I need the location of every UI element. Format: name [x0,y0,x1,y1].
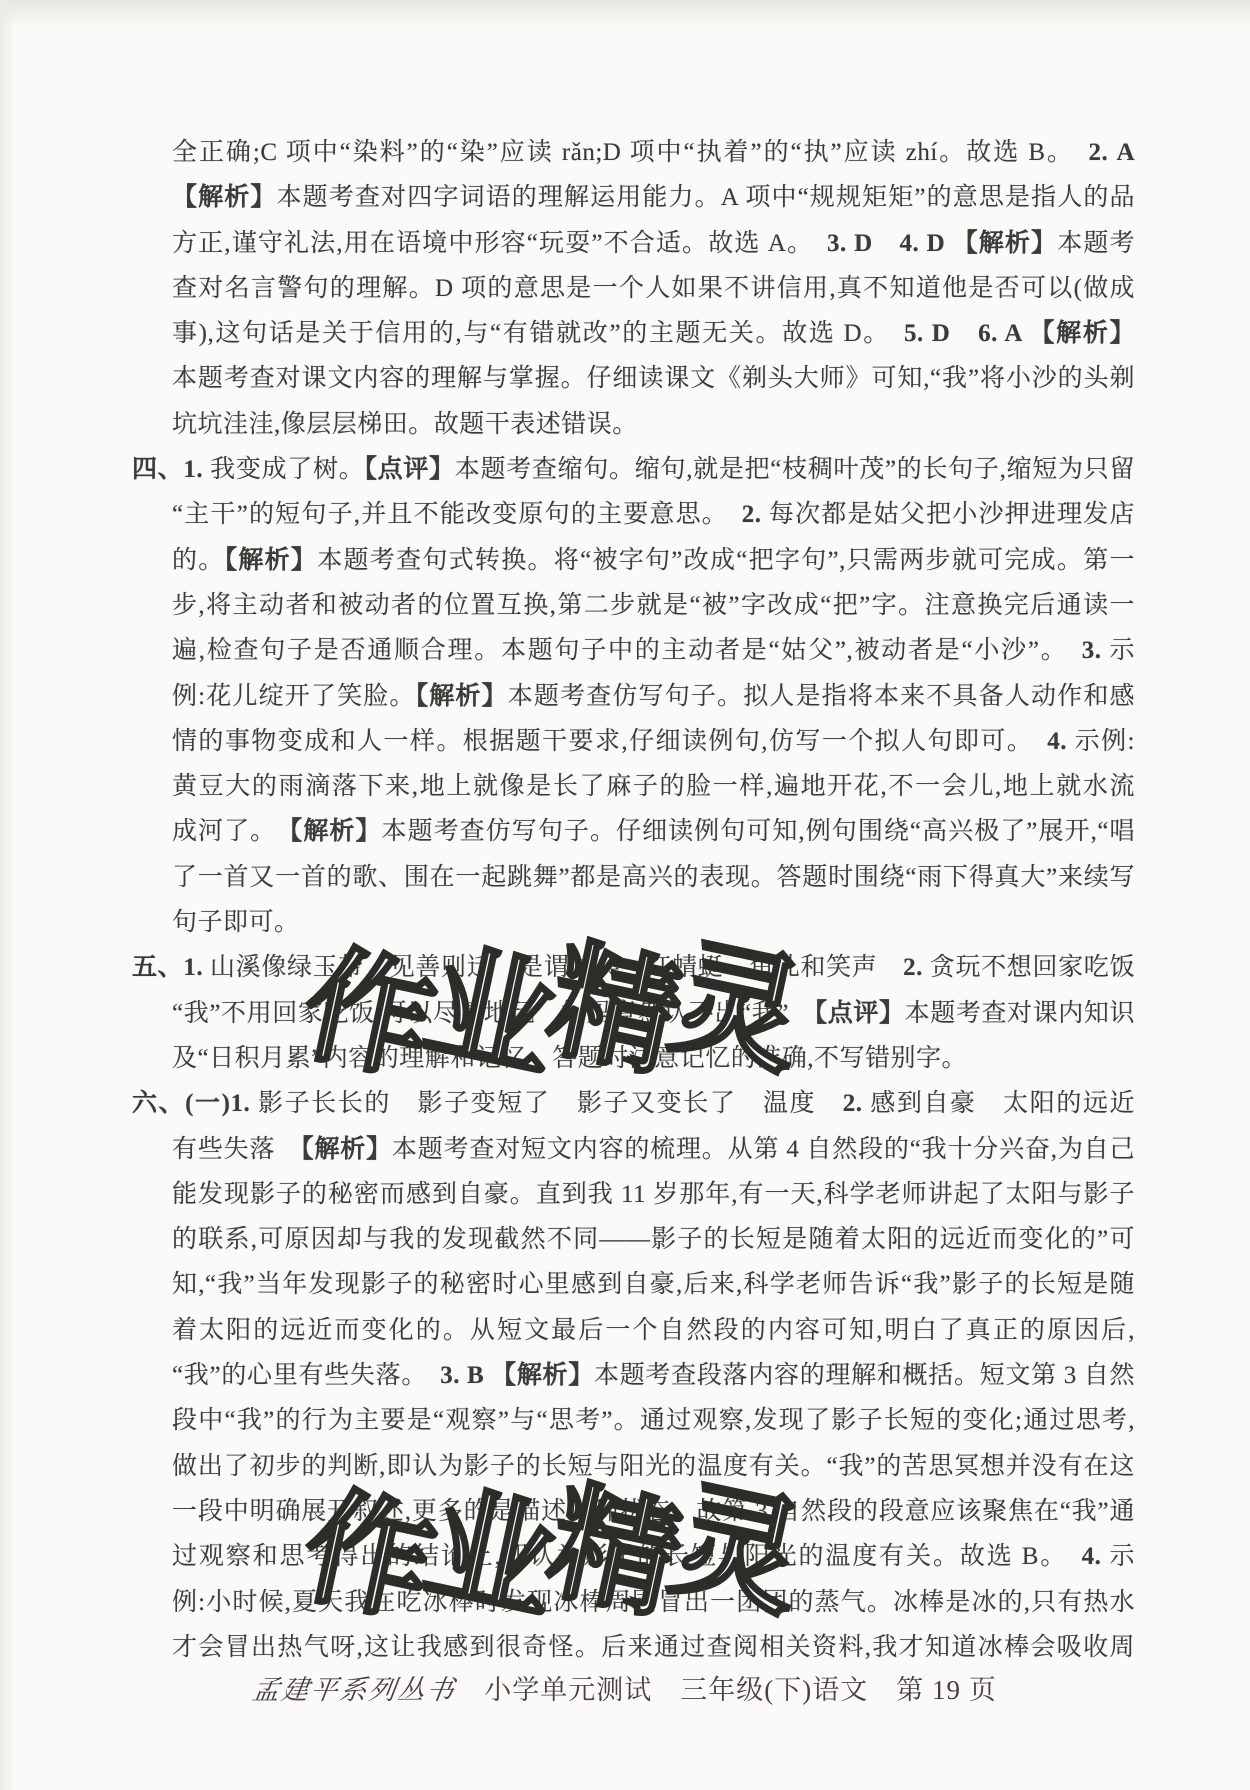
explanation-text: 事),这句话是关于信用的,与“有错就改”的主题无关。故选 D。 [172,320,904,347]
explanation-text: 情的事物变成和人一样。根据题干要求,仔细读例句,仿写一个拟人句即可。 [172,728,1047,755]
explanation-text: 本题考查对四字词语的理解运用能力。A 项中“规规矩矩”的意思是指人的品行 [172,184,1135,220]
text-line: 事),这句话是关于信用的,与“有错就改”的主题无关。故选 D。 5. D 6. … [172,311,1135,356]
explanation-text: 一段中明确展开叙述,更多的是描述一种状态。故第 3 自然段的段意应该聚焦在“我”… [172,1498,1135,1525]
explanation-text: 本题考查仿写句子。拟人是指将本来不具备人动作和感 [508,683,1135,710]
explanation-text: 有些失落 [172,1136,301,1163]
text-line: 六、(一)1. 影子长长的 影子变短了 影子又变长了 温度 2. 感到自豪 太阳… [132,1081,1135,1126]
answer-key-text: 2. [742,501,769,528]
scan-edge-left [0,0,16,1790]
explanation-text: 的。 [172,547,225,574]
explanation-text: 贪玩不想回家吃饭 [930,954,1135,981]
text-line: 有些失落 【解析】本题考查对短文内容的梳理。从第 4 自然段的“我十分兴奋,为自… [172,1127,1135,1172]
explanation-text: 本题考 [1057,230,1135,257]
answer-key-text: 四、1. [132,456,210,483]
footer-series-title: 孟建平系列丛书 [251,1668,459,1707]
answer-key-text: 2. [903,954,930,981]
text-line: 本题考查对课文内容的理解与掌握。仔细读课文《剃头大师》可知,“我”将小沙的头剃的 [172,356,1135,401]
explanation-text: “我”的心里有些失落。 [172,1362,440,1389]
explanation-text: 了一首又一首的歌、围在一起跳舞”都是高兴的表现。答题时围绕“雨下得真大”来续写 [172,864,1135,891]
text-line: 全正确;C 项中“染料”的“染”应读 rǎn;D 项中“执着”的“执”应读 zh… [172,130,1135,175]
answer-key-text: 【解析】 [416,683,508,710]
text-line: 的联系,可原因却与我的发现截然不同——影子的长短是随着太阳的远近而变化的”可 [172,1217,1135,1262]
answer-key-text: 2. [843,1090,871,1117]
answer-key-text: 3. D 4. D [827,230,953,257]
answer-key-text: 【解析】 [491,1362,594,1389]
text-line: 坑坑洼洼,像层层梯田。故题干表述错误。 [172,402,1135,447]
answer-key-text: 【点评】 [364,456,454,483]
text-line: 步,将主动者和被动者的位置互换,第二步就是“被”字改成“把”字。注意换完后通读一 [172,583,1135,628]
explanation-text: 成河了。 [172,818,290,845]
explanation-text: 着太阳的远近而变化的。从短文最后一个自然段的内容可知,明白了真正的原因后, [172,1317,1135,1344]
answer-key-text: 五、1. [132,954,210,981]
text-line: 情的事物变成和人一样。根据题干要求,仔细读例句,仿写一个拟人句即可。 4. 示例… [172,719,1135,764]
explanation-text: 过观察和思考得出的结论上,即认为影子的长短与阳光的温度有关。故选 B。 [172,1543,1082,1570]
text-line: 例:花儿绽开了笑脸。【解析】本题考查仿写句子。拟人是指将本来不具备人动作和感 [172,674,1135,719]
explanation-text: 查对名言警句的理解。D 项的意思是一个人如果不讲信用,真不知道他是否可以(做成 [172,275,1135,302]
explanation-text: 示 [1110,637,1136,664]
text-line: 方正,谨守礼法,用在语境中形容“玩耍”不合适。故选 A。 3. D 4. D 【… [172,221,1135,266]
text-line: 的。【解析】本题考查句式转换。将“被字句”改成“把字句”,只需两步就可完成。第一 [172,538,1135,583]
answer-key-text: 5. D 6. A [904,320,1029,347]
text-line: 做出了初步的判断,即认为影子的长短与阳光的温度有关。“我”的苦思冥想并没有在这 [172,1444,1135,1489]
explanation-text: 段中“我”的行为主要是“观察”与“思考”。通过观察,发现了影子长短的变化;通过思… [172,1407,1135,1434]
text-line: 知,“我”当年发现影子的秘密时心里感到自豪,后来,科学老师告诉“我”影子的长短是… [172,1262,1135,1307]
text-line: 五、1. 山溪像绿玉带 见善则迁 是谓过矣 红蜻蜓 鱼儿和笑声 2. 贪玩不想回… [132,945,1135,990]
explanation-text: 步,将主动者和被动者的位置互换,第二步就是“被”字改成“把”字。注意换完后通读一 [172,592,1135,619]
page-footer: 孟建平系列丛书 小学单元测试 三年级(下)语文 第 19 页 [0,1668,1250,1707]
explanation-text: 我变成了树。 [210,456,364,483]
explanation-text: 每次都是姑父把小沙押进理发店 [769,501,1135,528]
explanation-text: 知,“我”当年发现影子的秘密时心里感到自豪,后来,科学老师告诉“我”影子的长短是… [172,1271,1135,1298]
footer-book-title: 小学单元测试 [484,1668,652,1707]
explanation-text: 示 [1109,1543,1135,1570]
answer-key-text: 【解析】 [172,184,277,211]
explanation-text: 本题考查段落内容的理解和概括。短文第 3 自然 [594,1362,1135,1389]
explanation-text: 本题考查缩句。缩句,就是把“枝稠叶茂”的长句子,缩短为只留 [455,456,1135,483]
explanation-text: 黄豆大的雨滴落下来,地上就像是长了麻子的脸一样,遍地开花,不一会儿,地上就水流 [172,773,1135,800]
explanation-text: 能发现影子的秘密而感到自豪。直到我 11 岁那年,有一天,科学老师讲起了太阳与影… [172,1181,1135,1208]
explanation-text: 影子长长的 影子变短了 影子又变长了 温度 [258,1090,843,1117]
text-line: 遍,检查句子是否通顺合理。本题句子中的主动者是“姑父”,被动者是“小沙”。 3.… [172,628,1135,673]
text-line: “我”的心里有些失落。 3. B 【解析】本题考查段落内容的理解和概括。短文第 … [172,1353,1135,1398]
answer-key-text: 【解析】 [290,818,382,845]
text-line: 查对名言警句的理解。D 项的意思是一个人如果不讲信用,真不知道他是否可以(做成 [172,266,1135,311]
explanation-text: 本题考查句式转换。将“被字句”改成“把字句”,只需两步就可完成。第一 [317,547,1135,574]
text-line: 了一首又一首的歌、围在一起跳舞”都是高兴的表现。答题时围绕“雨下得真大”来续写 [172,855,1135,900]
answer-lines: 全正确;C 项中“染料”的“染”应读 rǎn;D 项中“执着”的“执”应读 zh… [132,130,1135,1670]
explanation-text: 方正,谨守礼法,用在语境中形容“玩耍”不合适。故选 A。 [172,230,827,257]
explanation-text: 全正确;C 项中“染料”的“染”应读 rǎn;D 项中“执着”的“执”应读 zh… [172,139,1088,166]
answer-key-text: 【解析】 [225,547,318,574]
document-page: 全正确;C 项中“染料”的“染”应读 rǎn;D 项中“执着”的“执”应读 zh… [0,0,1250,1790]
explanation-text: 山溪像绿玉带 见善则迁 是谓过矣 红蜻蜓 鱼儿和笑声 [210,954,903,981]
explanation-text: “我”不用回家吃饭,可以尽情地玩 妈妈竟然认不出“我” [172,1000,815,1027]
answer-key-text: 4. [1047,728,1074,755]
answer-key-text: 4. [1082,1543,1110,1570]
footer-grade-subject: 三年级(下)语文 [680,1668,868,1707]
text-line: 四、1. 我变成了树。【点评】本题考查缩句。缩句,就是把“枝稠叶茂”的长句子,缩… [132,447,1135,492]
text-line: 过观察和思考得出的结论上,即认为影子的长短与阳光的温度有关。故选 B。 4. 示 [172,1534,1135,1579]
explanation-text: 感到自豪 太阳的远近 [870,1090,1135,1117]
text-line: 段中“我”的行为主要是“观察”与“思考”。通过观察,发现了影子长短的变化;通过思… [172,1398,1135,1443]
explanation-text: 及“日积月累”内容的理解和记忆。答题时注意记忆的准确,不写错别字。 [172,1045,967,1072]
text-line: 成河了。 【解析】本题考查仿写句子。仔细读例句可知,例句围绕“高兴极了”展开,“… [172,809,1135,854]
answer-key-text: 【点评】 [815,1000,905,1027]
explanation-text: 的联系,可原因却与我的发现截然不同——影子的长短是随着太阳的远近而变化的”可 [172,1226,1135,1253]
explanation-text: 坑坑洼洼,像层层梯田。故题干表述错误。 [172,411,638,438]
answer-key-text: 3. B [440,1362,491,1389]
explanation-text: 本题考查仿写句子。仔细读例句可知,例句围绕“高兴极了”展开,“唱 [382,818,1135,845]
explanation-text: 本题考查对短文内容的梳理。从第 4 自然段的“我十分兴奋,为自己 [392,1136,1135,1163]
answer-key-text: 3. [1082,637,1110,664]
answer-key-text: 【解析】 [953,230,1058,257]
text-line: 黄豆大的雨滴落下来,地上就像是长了麻子的脸一样,遍地开花,不一会儿,地上就水流 [172,764,1135,809]
text-line: 及“日积月累”内容的理解和记忆。答题时注意记忆的准确,不写错别字。 [172,1036,1135,1081]
answer-key-text: 【解析】 [301,1136,392,1163]
explanation-text: 例:小时候,夏天我在吃冰棒时发现冰棒周围冒出一团团的蒸气。冰棒是冰的,只有热水 [172,1589,1135,1616]
text-line: 一段中明确展开叙述,更多的是描述一种状态。故第 3 自然段的段意应该聚焦在“我”… [172,1489,1135,1534]
explanation-text: “主干”的短句子,并且不能改变原句的主要意思。 [172,501,742,528]
explanation-text: 示例: [1075,728,1135,755]
text-line: 才会冒出热气呀,这让我感到很奇怪。后来通过查阅相关资料,我才知道冰棒会吸收周 [172,1625,1135,1670]
explanation-text: 句子即可。 [172,909,300,936]
footer-page-number: 第 19 页 [896,1668,997,1707]
explanation-text: 做出了初步的判断,即认为影子的长短与阳光的温度有关。“我”的苦思冥想并没有在这 [172,1453,1135,1480]
explanation-text: 本题考查对课文内容的理解与掌握。仔细读课文《剃头大师》可知,“我”将小沙的头剃的 [172,365,1135,401]
answer-key-text: 六、(一)1. [132,1090,258,1117]
text-line: 句子即可。 [172,900,1135,945]
answer-key-text: 2. A [1088,139,1135,166]
explanation-text: 遍,检查句子是否通顺合理。本题句子中的主动者是“姑父”,被动者是“小沙”。 [172,637,1082,664]
text-line: “主干”的短句子,并且不能改变原句的主要意思。 2. 每次都是姑父把小沙押进理发… [172,492,1135,537]
answer-key-text: 【解析】 [1029,320,1135,347]
text-line: 【解析】本题考查对四字词语的理解运用能力。A 项中“规规矩矩”的意思是指人的品行 [172,175,1135,220]
explanation-text: 例:花儿绽开了笑脸。 [172,683,416,710]
text-line: 着太阳的远近而变化的。从短文最后一个自然段的内容可知,明白了真正的原因后, [172,1308,1135,1353]
scan-edge-top [0,0,1250,26]
explanation-text: 才会冒出热气呀,这让我感到很奇怪。后来通过查阅相关资料,我才知道冰棒会吸收周 [172,1634,1135,1661]
text-line: “我”不用回家吃饭,可以尽情地玩 妈妈竟然认不出“我” 【点评】本题考查对课内知… [172,991,1135,1036]
text-line: 能发现影子的秘密而感到自豪。直到我 11 岁那年,有一天,科学老师讲起了太阳与影… [172,1172,1135,1217]
text-line: 例:小时候,夏天我在吃冰棒时发现冰棒周围冒出一团团的蒸气。冰棒是冰的,只有热水 [172,1580,1135,1625]
explanation-text: 本题考查对课内知识 [905,1000,1135,1027]
